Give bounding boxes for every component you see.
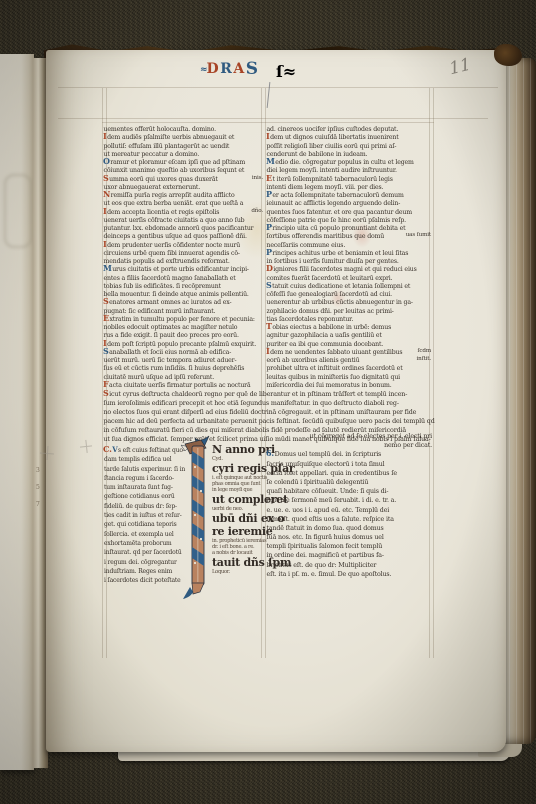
- text-line: ſtancia regum i ſacerdo-: [103, 473, 183, 482]
- colored-initial: 6.: [266, 448, 274, 458]
- top-right-corner-tear: [494, 44, 522, 66]
- line-text: no electos ſuos qui erant diſperſi ad ei…: [104, 409, 417, 416]
- text-line: Nremiſſa purīa regis arrepſit audita aff…: [103, 190, 263, 198]
- text-line: templi ſpiritualis ſalomon fecit templū: [266, 541, 432, 550]
- text-line: e. ue. e. uos i i. apud eū. etc. Templū …: [266, 505, 432, 514]
- running-title: ≈ DRAS: [200, 59, 259, 81]
- text-line: poſſit religioſi liber ciuilis eorū qui …: [266, 141, 431, 149]
- text-line: inſtaurat. qd per ſacerdotū: [103, 547, 183, 556]
- text-line: induſtriam. Reges enim: [103, 566, 183, 575]
- line-text: ſtancia regum i ſacerdo-: [104, 475, 174, 482]
- text-line: Et iterū ſollempnitatē tabernaculorū leg…: [266, 174, 431, 182]
- line-text: ſcm eſt. quod eſtis uos a ſalute. reſpic…: [267, 516, 394, 523]
- line-text: ſe colendū i ſpiritualiū delegentiū: [267, 479, 369, 486]
- text-line: nemo per dicat.: [266, 440, 432, 449]
- fore-edge-page-stack: [502, 58, 536, 744]
- line-text: ſacris unuſquiſque electorū i tota ſimul: [267, 461, 385, 468]
- line-text: tum inſtaurata ſunt ſug-: [104, 484, 173, 491]
- line-text: geſtione cotidianus eorū: [104, 493, 175, 500]
- text-line: cōiunxit unanimo queſtio ab uxoribus ſeq…: [103, 165, 263, 173]
- previous-page-edge: [0, 54, 34, 770]
- line-text: acta ciuitate uerſis firmatur portulis a…: [109, 382, 250, 389]
- text-line: zophilacio domus dñi. per leuitas ac pri…: [266, 306, 431, 314]
- text-line: Oramur et ploramur eſcam ipſi que ad pſt…: [103, 157, 263, 165]
- line-text: icut cyrus deſtructa chaldeorū regno per…: [109, 391, 407, 398]
- line-text: eſt. ita i pſ. m. e. ſimul. De quo apoſt…: [267, 571, 392, 578]
- line-text: exhortamēta proborum: [104, 540, 172, 547]
- text-line: Principio uita cū populo pronuntiant deb…: [266, 223, 431, 231]
- line-text: ligit me ſermonē meū ſeruabit. i di. e. …: [267, 497, 397, 504]
- text-line: ſuā nos. etc. In figurā huius domus uel: [266, 532, 432, 541]
- text-line: Summa eorū qui uxores quas duxerātinis.: [103, 174, 263, 182]
- line-tail-note: inſtit.: [417, 355, 431, 363]
- text-line: quentes ſuos fatentur. et ore qua pacant…: [266, 207, 431, 215]
- text-line: pugnat: ſic edificant murū inſtaurant.: [103, 306, 263, 314]
- text-line: Senatores armant omnes ac iuratos ad ex-: [103, 297, 263, 305]
- text-line: Principes achitus urbe et beniamin et le…: [266, 248, 431, 256]
- ruling-line: [58, 87, 498, 88]
- text-line: ut cōgreget ad ſe electos per i. electi …: [266, 431, 432, 440]
- incipit-line: cyri regis pſar: [212, 462, 270, 475]
- line-text: ſollercia. et exempla uel: [104, 531, 174, 538]
- text-line: Idem ut dignos cuiuſdā libertatis inueni…: [266, 132, 431, 140]
- text-line: uxor abnuegauerat externerunt.: [103, 182, 263, 190]
- line-text: eccla ſolet appellari. quia in credentib…: [267, 470, 397, 477]
- text-line: entes a filiis ſacerdotū magno ſanaballa…: [103, 273, 263, 281]
- quire-mark: 7: [36, 496, 40, 513]
- title-flourish-right-icon: ſ≈: [276, 62, 296, 81]
- text-line: C.Vs eſt cuius feſtinat quo-: [103, 445, 183, 454]
- text-line: eſt. ita i pſ. m. e. ſimul. De quo apoſt…: [266, 569, 432, 578]
- colored-initial: C.: [103, 444, 112, 454]
- text-line: i regum dei. cōgregantur: [103, 557, 183, 566]
- text-line: pacem hic ad deū perfecta ad urbanitate …: [103, 416, 434, 425]
- text-line: ſacris unuſquiſque electorū i tota ſimul: [266, 459, 432, 468]
- ruling-line: [58, 118, 488, 119]
- line-text: quaſi habitare cōſueuit. Unde: ſi quis d…: [267, 488, 389, 495]
- incipit-line: re ieremie: [212, 525, 270, 538]
- text-line: ut mereatur peccatur a domino.: [103, 149, 263, 157]
- text-line: ſum ieroſolimis edificari precepit et ho…: [103, 398, 434, 407]
- text-line: puriter ea ibi que communia docebant.: [266, 339, 431, 347]
- text-line: geſtione cotidianus eorū: [103, 491, 183, 500]
- gloss-left-column: C.Vs eſt cuius feſtinat quo- dam templis…: [103, 445, 183, 584]
- colored-initial-2: V: [112, 445, 117, 454]
- text-line: ſe colendū i ſpiritualiū delegentiū: [266, 477, 432, 486]
- text-line: bella mouentur. ſi deinde atque animis p…: [103, 289, 263, 297]
- incipit-text: N anno pri Cyd. cyri regis pſar i. eſt q…: [212, 443, 270, 575]
- text-line: fideliū. de quibus dr: ſep-: [103, 501, 183, 510]
- text-line: miſericordia dei ſui memoratus in bonum.: [266, 380, 431, 388]
- line-tail-note: dño.: [251, 207, 263, 215]
- text-line: ſus eū et cūctis rum inſidiis. ſi huius …: [103, 363, 263, 371]
- line-text: induſtriam. Reges enim: [104, 568, 172, 575]
- running-title-letter: S: [246, 59, 260, 80]
- line-tail-note: uas ſumit: [406, 231, 431, 239]
- text-line: Sanaballath et ſocii eius normā ab edifi…: [103, 347, 263, 355]
- text-line: tandē ſtatuit in domo ſua. quod domus: [266, 523, 432, 532]
- text-line: ieiunauit ac afflictis legendo arguendo …: [266, 198, 431, 206]
- manuscript-photo: ≈ DRAS ſ≈ 11 uementes offerūt holocauſta…: [0, 0, 536, 804]
- line-text: tandē ſtatuit in domo ſua. quod domus: [267, 525, 384, 532]
- text-line: diei legem moyſi. intenti audire inſtruu…: [266, 165, 431, 173]
- text-line: circuiens urbē quem ſibi innuerat agendi…: [103, 248, 263, 256]
- text-line: eorū ab uxoribus alienis gentiūinſtit.: [266, 355, 431, 363]
- line-text: nemo per dicat.: [384, 442, 432, 449]
- text-line: Medio die. cōgregatur populus in cultu e…: [266, 157, 431, 165]
- ruling-line: [433, 88, 434, 658]
- text-line: prohibet ultra et inſtituit ordines ſace…: [266, 363, 431, 371]
- text-line: leuitas quibus in miniſteriis ſuo dignit…: [266, 372, 431, 380]
- text-line: cōfeſſione patrie que ſe hinc eorū pſalm…: [266, 215, 431, 223]
- text-line: intenti diem legem moyſi. viii. per dies…: [266, 182, 431, 190]
- ruling-line: [102, 122, 434, 123]
- gloss-right-column: ut cōgreget ad ſe electos per i. electi …: [266, 431, 432, 578]
- text-line: rus a fide exigit. ſi pauit deo preces p…: [103, 330, 263, 338]
- running-title-letter: R: [220, 59, 233, 79]
- text-line: comites fuerāt ſacerdotū et leuitarū exp…: [266, 273, 431, 281]
- text-line: ſollercia. et exempla uel: [103, 529, 183, 538]
- text-line: pollutiſ: effuſam illū plantagerūt ac ue…: [103, 141, 263, 149]
- show-through-initial-ghost: [4, 174, 32, 248]
- line-text: pacem hic ad deū perfecta ad urbanitate …: [104, 418, 435, 425]
- text-line: deinceps a gentibus uſque ad quos paſſio…: [103, 231, 263, 239]
- text-line: tias ſacerdotales reponuntur.: [266, 314, 431, 322]
- text-line: no electos ſuos qui erant diſperſi ad ei…: [103, 407, 434, 416]
- capitula-right-column: ad. cinereos uocifer ipſius cuſtodes dep…: [266, 124, 431, 388]
- line-text: i regum dei. cōgregantur: [104, 559, 177, 566]
- text-line: exhortamēta proborum: [103, 538, 183, 547]
- text-line: cenderunt de babilone in iudeam.: [266, 149, 431, 157]
- text-line: Idem accepta licentia et regis epiſtolis…: [103, 207, 263, 215]
- text-line: ciuitatē murū uſque ad ipſū referunt.: [103, 372, 263, 380]
- line-text: ſuā nos. etc. In figurā huius domus uel: [267, 534, 384, 541]
- line-text: get. qui cotidiana teporis: [104, 521, 177, 528]
- text-line: dam templis edifica uel: [103, 454, 183, 463]
- text-line: quaſi habitare cōſueuit. Unde: ſi quis d…: [266, 486, 432, 495]
- line-tail-note: inis.: [252, 174, 263, 182]
- text-line: nobiles edocuit optimates ac magiſter ne…: [103, 322, 263, 330]
- line-text: inſtaurat. qd per ſacerdotū: [104, 549, 182, 556]
- text-line: agnitur gazophilacia a uaſis gentiliū et: [266, 330, 431, 338]
- text-line: ligit me ſermonē meū ſeruabit. i di. e. …: [266, 495, 432, 504]
- text-line: Sicut cyrus deſtructa chaldeorū regno pe…: [103, 389, 434, 398]
- running-title-letter: A: [233, 59, 245, 79]
- incipit-line: Loquor.: [212, 569, 270, 575]
- text-line: ties cadit in iuſtus et reſur-: [103, 510, 183, 519]
- text-line: Facta ciuitate uerſis firmatur portulis …: [103, 380, 263, 388]
- text-line: Murus ciuitatis et porte urbis edificant…: [103, 264, 263, 272]
- text-line: ſcm eſt. quod eſtis uos a ſalute. reſpic…: [266, 514, 432, 523]
- text-line: ut eos que extra berba ueniāt. erat que …: [103, 198, 263, 206]
- illuminated-initial-I: [179, 435, 213, 603]
- incipit-line: ut compleret: [212, 493, 270, 506]
- text-line: in ſortibus i uerſis ſumitur diuiſa per …: [266, 256, 431, 264]
- colored-initial: S: [103, 388, 109, 398]
- text-line: ſortibus offerendis maritibus que domūua…: [266, 231, 431, 239]
- text-line: ad. cinereos uocifer ipſius cuſtodes dep…: [266, 124, 431, 132]
- text-line: uenerat uerſis cōfracte ciuitatis a quo …: [103, 215, 263, 223]
- line-text: i ſacerdotes dicit poteſtate: [104, 577, 181, 584]
- text-line: in ordine dei. magnificū et partibus fa-: [266, 550, 432, 559]
- line-text: ties cadit in iuſtus et reſur-: [104, 512, 182, 519]
- line-text: dam templis edifica uel: [104, 456, 172, 463]
- text-line: Idem poſt ſcriptū populo precante pſalmū…: [103, 339, 263, 347]
- text-line: get. qui cotidiana teporis: [103, 519, 183, 528]
- text-line: tum inſtaurata ſunt ſug-: [103, 482, 183, 491]
- capitula-left-column: uementes offerūt holocauſta. domino. Ide…: [103, 124, 263, 388]
- text-line: mendatis populis ad exſtruendis reformat…: [103, 256, 263, 264]
- text-line: Per acta ſollempnitate tabernaculorū dem…: [266, 190, 431, 198]
- text-line: tobias ſub iis edificātes. ſi recōpremun…: [103, 281, 263, 289]
- line-text: miſericordia dei ſui memoratus in bonum.: [267, 382, 392, 389]
- text-line: eccla ſolet appellari. quia in credentib…: [266, 468, 432, 477]
- text-line: Statuit cuius dedicatione et letania ſol…: [266, 281, 431, 289]
- text-line: putantur. lxx. ebdomade annorū quos paci…: [103, 223, 263, 231]
- text-line: neceſſariis commune eius.: [266, 240, 431, 248]
- text-line: Idem prudenter uerſis cōfidenter nocte m…: [103, 240, 263, 248]
- incipit-line: N anno pri: [212, 443, 270, 456]
- text-line: Extratim in tumultu populo per fenore et…: [103, 314, 263, 322]
- line-text: ſum ieroſolimis edificari precepit et ho…: [104, 400, 399, 407]
- line-text: ut cōgreget ad ſe electos per i. electi …: [310, 433, 432, 440]
- text-line: bricatus eſt. de quo dr: Multipliciter: [266, 560, 432, 569]
- pencil-cross-mark: [40, 446, 55, 461]
- text-line: i ſacerdotes dicit poteſtate: [103, 575, 183, 584]
- incipit-line: ubū dñi ex o: [212, 512, 270, 525]
- text-line: cōfeſſi ſue genealogiarū ſacerdotū ad ci…: [266, 289, 431, 297]
- quire-signature-marks: 357: [36, 462, 40, 513]
- line-text: Domus uel templū dei. in ſcripturis: [275, 451, 382, 458]
- text-line: uerūt murū. uerū ſic tempora adiuret adu…: [103, 355, 263, 363]
- line-text: tarde ſalutis experimur. ſi in: [104, 466, 185, 473]
- text-line: Idem ne uendentes ſabbato uiuant gentili…: [266, 347, 431, 355]
- incipit-line: tauit dñs ſpm: [212, 556, 270, 569]
- text-line: 6.Domus uel templū dei. in ſcripturis: [266, 449, 432, 458]
- quire-mark: 5: [36, 479, 40, 496]
- text-line: tarde ſalutis experimur. ſi in: [103, 464, 183, 473]
- running-title-letter: D: [207, 59, 221, 79]
- pencil-cross-mark: [79, 439, 92, 453]
- text-line: uementes offerūt holocauſta. domino.: [103, 124, 263, 132]
- line-text: s eſt cuius feſtinat quo-: [118, 447, 185, 454]
- line-text: fideliū. de quibus dr: ſep-: [104, 503, 177, 510]
- text-line: uenerentur ab urbibus cūctis abnuegentur…: [266, 297, 431, 305]
- line-text: in ordine dei. magnificū et partibus fa-: [267, 552, 384, 559]
- text-line: Tobias eiectus a babilone in urbē: demus: [266, 322, 431, 330]
- text-line: Idem audiēs pſalmiſte uerbis abnuegauit …: [103, 132, 263, 140]
- quire-mark: 3: [36, 462, 40, 479]
- line-tail-note: ſcdm: [418, 347, 432, 355]
- line-text: templi ſpiritualis ſalomon fecit templū: [267, 543, 383, 550]
- line-text: e. ue. e. uos i i. apud eū. etc. Templū …: [267, 507, 390, 514]
- line-text: bricatus eſt. de quo dr: Multipliciter: [267, 562, 377, 569]
- text-line: Digniores filii ſacerdotes magni et qui …: [266, 264, 431, 272]
